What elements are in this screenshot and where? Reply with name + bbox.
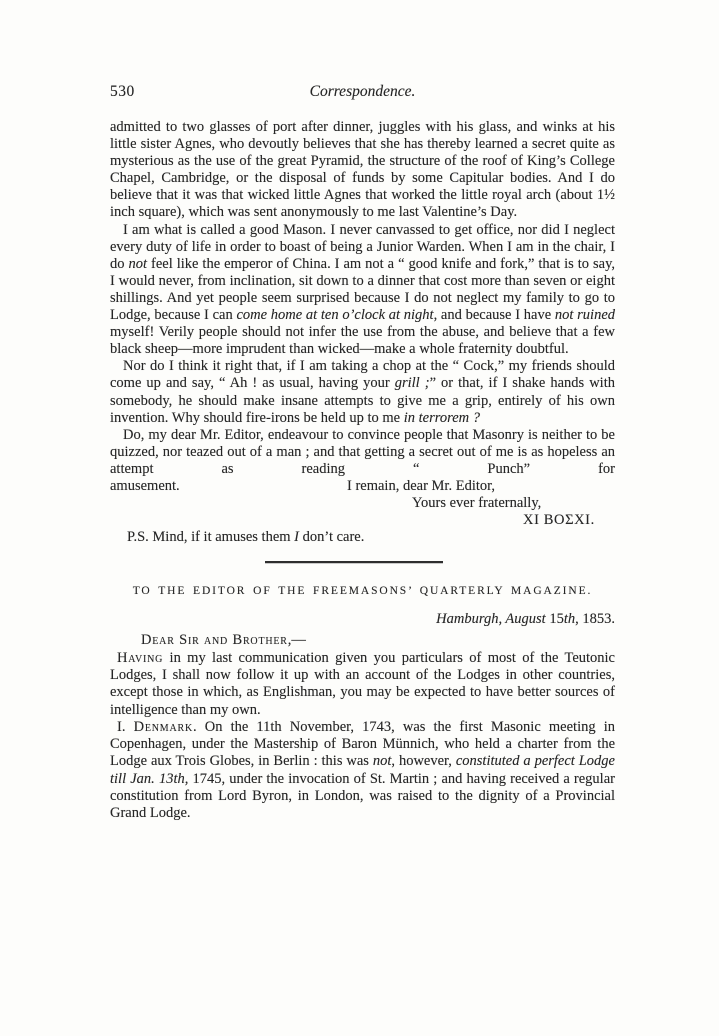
dateline: Hamburgh, August 15th, 1853. [110,611,615,628]
paragraph: Having in my last communication given yo… [110,650,615,719]
paragraph: I am what is called a good Mason. I neve… [110,222,615,359]
paragraph: I. Denmark. On the 11th November, 1743, … [110,719,615,823]
paragraph: Do, my dear Mr. Editor, endeavour to con… [110,427,615,478]
letter-2: TO THE EDITOR OF THE FREEMASONS’ QUARTER… [110,584,615,822]
scanned-magazine-page: 530 Correspondence. admitted to two glas… [0,0,719,1036]
letter-heading: TO THE EDITOR OF THE FREEMASONS’ QUARTER… [110,584,615,598]
closing-yours: Yours ever fraternally, [110,495,615,512]
text-block: 530 Correspondence. admitted to two glas… [110,83,615,823]
closing-amusement: amusement. [110,478,180,494]
running-title: Correspondence. [110,83,615,100]
closing-remain: I remain, dear Mr. Editor, [347,478,495,495]
paragraph: admitted to two glasses of port after di… [110,119,615,222]
postscript: P.S. Mind, if it amuses them I don’t car… [110,529,615,546]
section-divider-rule [265,561,443,563]
signature: XI ΒΟΣΧΙ. [110,512,615,529]
paragraph: Nor do I think it right that, if I am ta… [110,358,615,426]
salutation: Dear Sir and Brother,— [110,632,615,649]
running-head: 530 Correspondence. [110,83,615,100]
closing-line: amusement. I remain, dear Mr. Editor, [110,478,615,495]
letter-1: admitted to two glasses of port after di… [110,119,615,546]
